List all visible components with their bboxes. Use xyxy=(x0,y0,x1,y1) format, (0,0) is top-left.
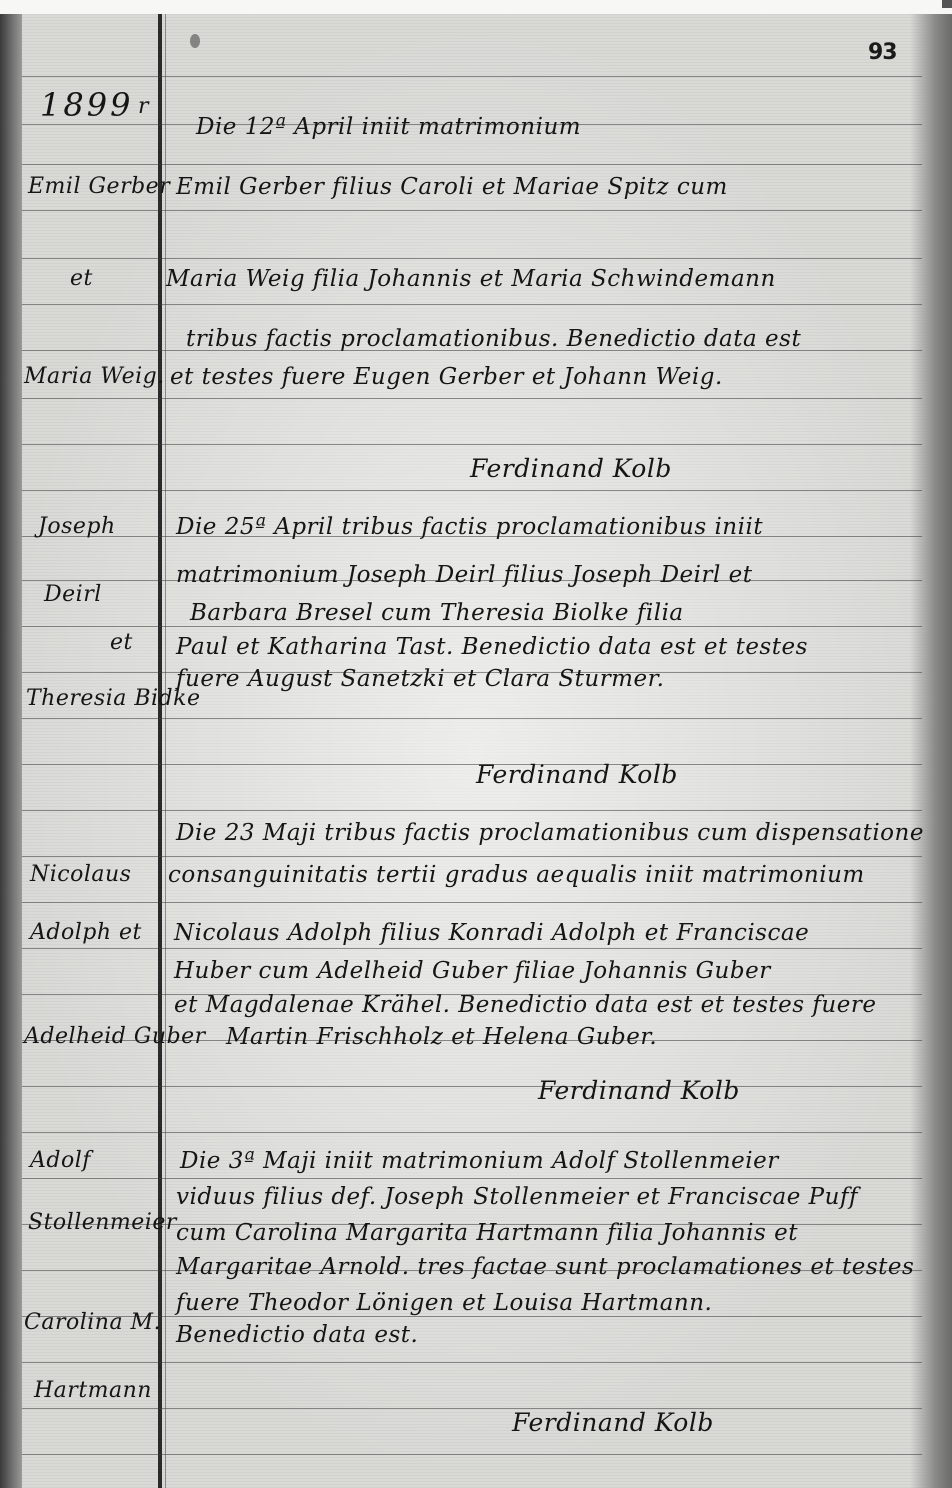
margin-groom-first: Joseph xyxy=(38,514,116,539)
entry-line: Emil Gerber filius Caroli et Mariae Spit… xyxy=(176,174,728,200)
entry-line: viduus filius def. Joseph Stollenmeier e… xyxy=(176,1184,858,1210)
entry-line: Die 23 Maji tribus factis proclamationib… xyxy=(176,820,924,846)
register-page: 93 1899 r Die 12ª April iniit matrimoniu… xyxy=(0,14,952,1488)
margin-bride: Maria Weig. xyxy=(24,364,165,389)
margin-rule xyxy=(158,14,162,1488)
scan-top-border xyxy=(0,0,952,14)
entry-year: 1899 xyxy=(40,86,133,124)
margin-bride: Adelheid Guber xyxy=(24,1024,206,1049)
margin-groom-last: Deirl xyxy=(44,582,102,607)
entry-line: tribus factis proclamationibus. Benedict… xyxy=(186,326,801,352)
scan-corner-mark xyxy=(942,0,952,8)
ink-spot xyxy=(190,34,200,48)
entry-line: Die 3ª Maji iniit matrimonium Adolf Stol… xyxy=(180,1148,779,1174)
page-number: 93 xyxy=(868,40,897,65)
entry-line: Maria Weig filia Johannis et Maria Schwi… xyxy=(166,266,776,292)
entry-line: matrimonium Joseph Deirl filius Joseph D… xyxy=(176,562,753,588)
entry-line: et Magdalenae Krähel. Benedictio data es… xyxy=(174,992,876,1018)
entry-line: fuere August Sanetzki et Clara Sturmer. xyxy=(176,666,664,692)
entry-line: Die 25ª April tribus factis proclamation… xyxy=(176,514,763,540)
entry-line: consanguinitatis tertii gradus aequalis … xyxy=(168,862,865,888)
margin-groom: Emil Gerber xyxy=(28,174,170,199)
entry-line: Huber cum Adelheid Guber filiae Johannis… xyxy=(174,958,771,984)
entry-line: et testes fuere Eugen Gerber et Johann W… xyxy=(170,364,723,390)
entry-line: Barbara Bresel cum Theresia Biolke filia xyxy=(190,600,684,626)
margin-rule-secondary xyxy=(165,14,166,1488)
entry-line: Margaritae Arnold. tres factae sunt proc… xyxy=(176,1254,914,1280)
entry-line: Benedictio data est. xyxy=(176,1322,418,1348)
priest-signature: Ferdinand Kolb xyxy=(512,1408,714,1437)
page-shadow-edge xyxy=(910,14,952,1488)
entry-line: cum Carolina Margarita Hartmann filia Jo… xyxy=(176,1220,798,1246)
year-mark: r xyxy=(138,94,149,119)
priest-signature: Ferdinand Kolb xyxy=(538,1076,740,1105)
margin-et: et xyxy=(70,266,93,291)
priest-signature: Ferdinand Kolb xyxy=(476,760,678,789)
page-binding-edge xyxy=(0,14,22,1488)
entry-line: fuere Theodor Lönigen et Louisa Hartmann… xyxy=(176,1290,712,1316)
entry-line: Martin Frischholz et Helena Guber. xyxy=(226,1024,657,1050)
priest-signature: Ferdinand Kolb xyxy=(470,454,672,483)
entry-line: Nicolaus Adolph filius Konradi Adolph et… xyxy=(174,920,809,946)
entry-line: Paul et Katharina Tast. Benedictio data … xyxy=(176,634,808,660)
margin-bride: Theresia Bidke xyxy=(26,686,200,711)
margin-groom-first: Adolf xyxy=(30,1148,91,1173)
margin-et: et xyxy=(110,630,133,655)
margin-groom-last: Adolph et xyxy=(30,920,142,945)
entry-line: Die 12ª April iniit matrimonium xyxy=(196,114,581,140)
margin-bride-first: Carolina M. xyxy=(24,1310,161,1335)
margin-groom-last: Stollenmeier xyxy=(28,1210,177,1235)
margin-bride-last: Hartmann xyxy=(34,1378,152,1403)
margin-groom-first: Nicolaus xyxy=(30,862,131,887)
